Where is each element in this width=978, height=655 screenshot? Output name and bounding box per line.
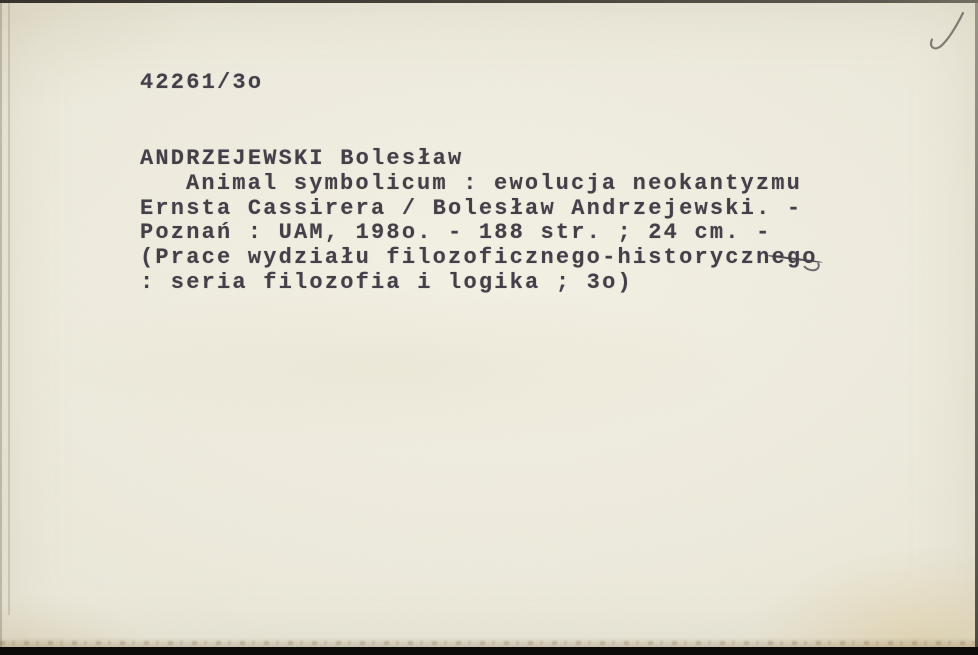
call-number: 42261/3o	[140, 71, 263, 96]
author-heading: ANDRZEJEWSKI Bolesław	[140, 147, 818, 172]
paper-grain-texture	[0, 0, 978, 655]
scan-streak-left	[8, 0, 10, 615]
scan-edge-left	[0, 3, 2, 647]
catalog-card: 42261/3o ANDRZEJEWSKI Bolesław Animal sy…	[0, 0, 978, 655]
title-line: Animal symbolicum : ewolucja neokantyzmu	[140, 172, 818, 197]
series-continuation-line: : seria filozofia i logika ; 3o)	[140, 271, 818, 296]
scan-dirt-band	[0, 641, 978, 645]
scan-edge-bottom	[0, 647, 978, 655]
series-line: (Prace wydziału filozoficznego-historycz…	[140, 246, 818, 271]
pen-checkmark-icon	[905, 6, 975, 58]
scan-edge-top	[0, 0, 978, 3]
responsibility-line: Ernsta Cassirera / Bolesław Andrzejewski…	[140, 197, 818, 222]
catalog-entry: ANDRZEJEWSKI Bolesław Animal symbolicum …	[140, 147, 818, 296]
series-text: (Prace wydziału filozoficznego-historycz…	[140, 245, 772, 270]
series-struck-text: ego	[772, 246, 818, 271]
imprint-line: Poznań : UAM, 198o. - 188 str. ; 24 cm. …	[140, 221, 818, 246]
